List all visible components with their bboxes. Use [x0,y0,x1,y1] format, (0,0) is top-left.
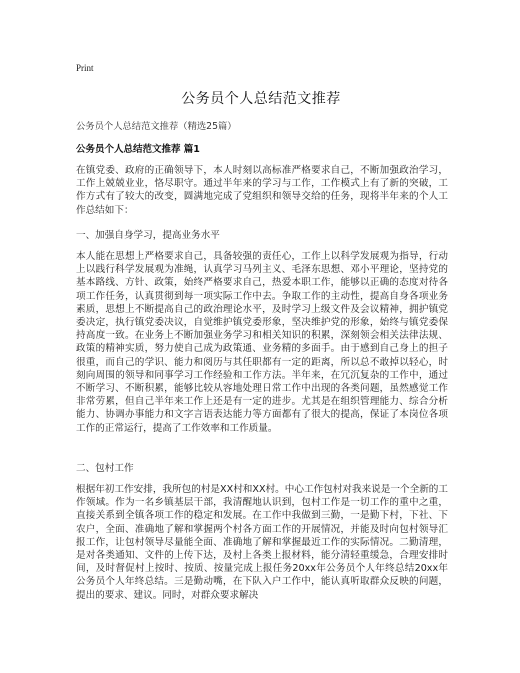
print-label: Print [76,63,94,73]
study-paragraph: 本人能在思想上严格要求自己，具备较强的责任心，工作上以科学发展观为指导，行动上以… [76,250,448,435]
village-work-paragraph: 根据年初工作安排，我所包的村是XX村和XX村。中心工作包村对我来说是一个全新的工… [76,483,448,602]
document-title: 公务员个人总结范文推荐 [76,88,446,108]
heading-village-work: 二、包村工作 [76,460,134,474]
heading-study: 一、加强自身学习，提高业务水平 [76,227,220,241]
intro-paragraph: 在镇党委、政府的正确领导下，本人时刻以高标准严格要求自己，不断加强政治学习，工作… [76,164,448,217]
document-subtitle: 公务员个人总结范文推荐（精选25篇） [76,118,237,132]
section-heading: 公务员个人总结范文推荐 篇1 [76,141,200,155]
